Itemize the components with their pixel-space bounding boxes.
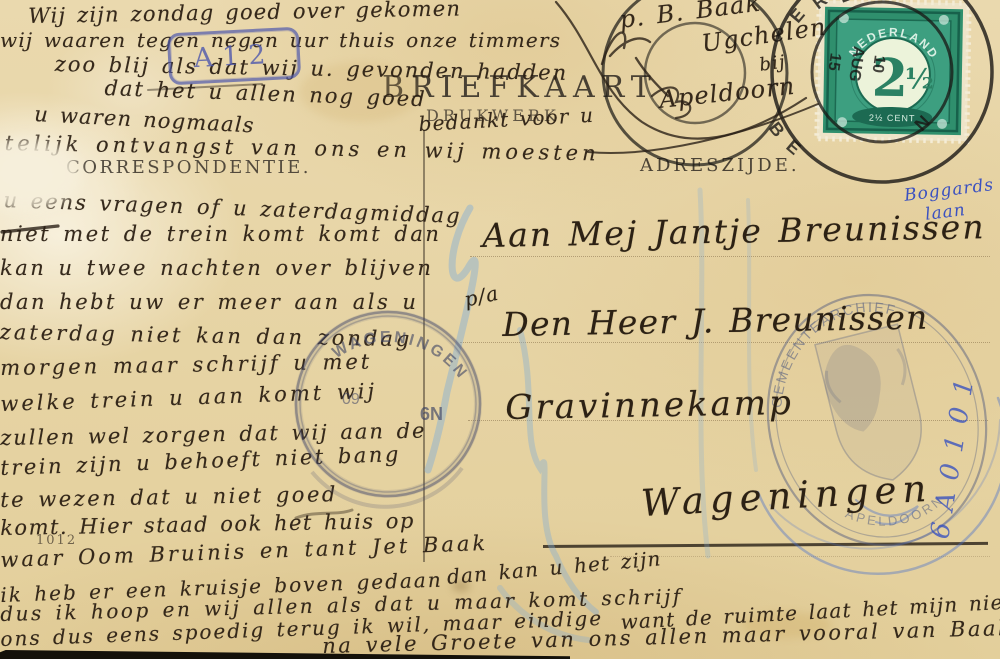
- control-handstamp-box: A12: [167, 27, 302, 86]
- archive-eagle: [816, 339, 892, 439]
- handwriting-line: te wezen dat u niet goed: [0, 482, 338, 512]
- handwriting-line: welke trein u aan komt wij: [0, 379, 377, 416]
- address-line: Aan Mej Jantje Breunissen: [482, 207, 986, 255]
- blue-crayon-stroke: [428, 208, 475, 470]
- cancel-date-day: 10: [869, 54, 888, 74]
- cancel-ring-letter: N: [910, 112, 933, 135]
- sender-line: Apeldoorn: [658, 72, 797, 114]
- cancel-ring-letter: R: [809, 0, 831, 13]
- stamp-country: NEDERLAND: [846, 24, 942, 62]
- address-rule-line: [470, 256, 990, 257]
- ink-flourish: [588, 104, 818, 153]
- handwriting-line: dan hebt uw er meer aan als u: [0, 290, 418, 314]
- control-handstamp-text: A12: [193, 38, 275, 73]
- printed-address-side-heading: ADRESZIJDE.: [640, 155, 800, 176]
- address-line: Gravinnekamp: [505, 383, 794, 428]
- handwriting-line: kan u twee nachten over blijven: [0, 256, 433, 280]
- stamp-frame: [823, 7, 963, 135]
- center-divider-line: [423, 130, 425, 562]
- address-rule-line: [610, 556, 990, 557]
- stamp-value-band: 2½ CENT: [869, 113, 916, 124]
- address-line: Wageningen: [640, 467, 933, 525]
- archive-eagle-wing: [824, 348, 910, 404]
- stamp-perforated-edge: [817, 1, 969, 142]
- cancel-ring-letter: B: [765, 118, 789, 141]
- archive-inventory-number: 6A0101: [925, 365, 982, 541]
- cancel-date-extra: 15: [824, 52, 843, 72]
- handwriting-line: Wij zijn zondag goed over gekomen: [28, 0, 461, 28]
- handwriting-line: zaterdag niet kan dan zondag: [0, 320, 413, 351]
- address-line: p/a: [462, 281, 501, 312]
- cancel-date-month: AUG: [845, 45, 867, 83]
- archive-shield: [815, 324, 934, 490]
- cancel-ring-letter: B: [837, 0, 856, 7]
- stamp-value-fraction: ½: [905, 62, 935, 96]
- postage-stamp: NEDERLAND 2 ½ 2½ CENT: [817, 1, 969, 142]
- stamp-value: 2: [871, 48, 908, 110]
- address-line: Den Heer J. Breunissen: [502, 298, 929, 344]
- svg-text:NEDERLAND: NEDERLAND: [846, 24, 942, 62]
- handwriting-line: morgen maar schrijf u met: [0, 350, 372, 380]
- postcard: BRIEFKAART DRUKWERK CORRESPONDENTIE. ADR…: [0, 0, 1000, 659]
- handwriting-line: niet met de trein komt komt dan: [0, 222, 441, 246]
- printed-correspondence-heading: CORRESPONDENTIE.: [66, 157, 311, 178]
- wageningen-underline: [543, 542, 988, 548]
